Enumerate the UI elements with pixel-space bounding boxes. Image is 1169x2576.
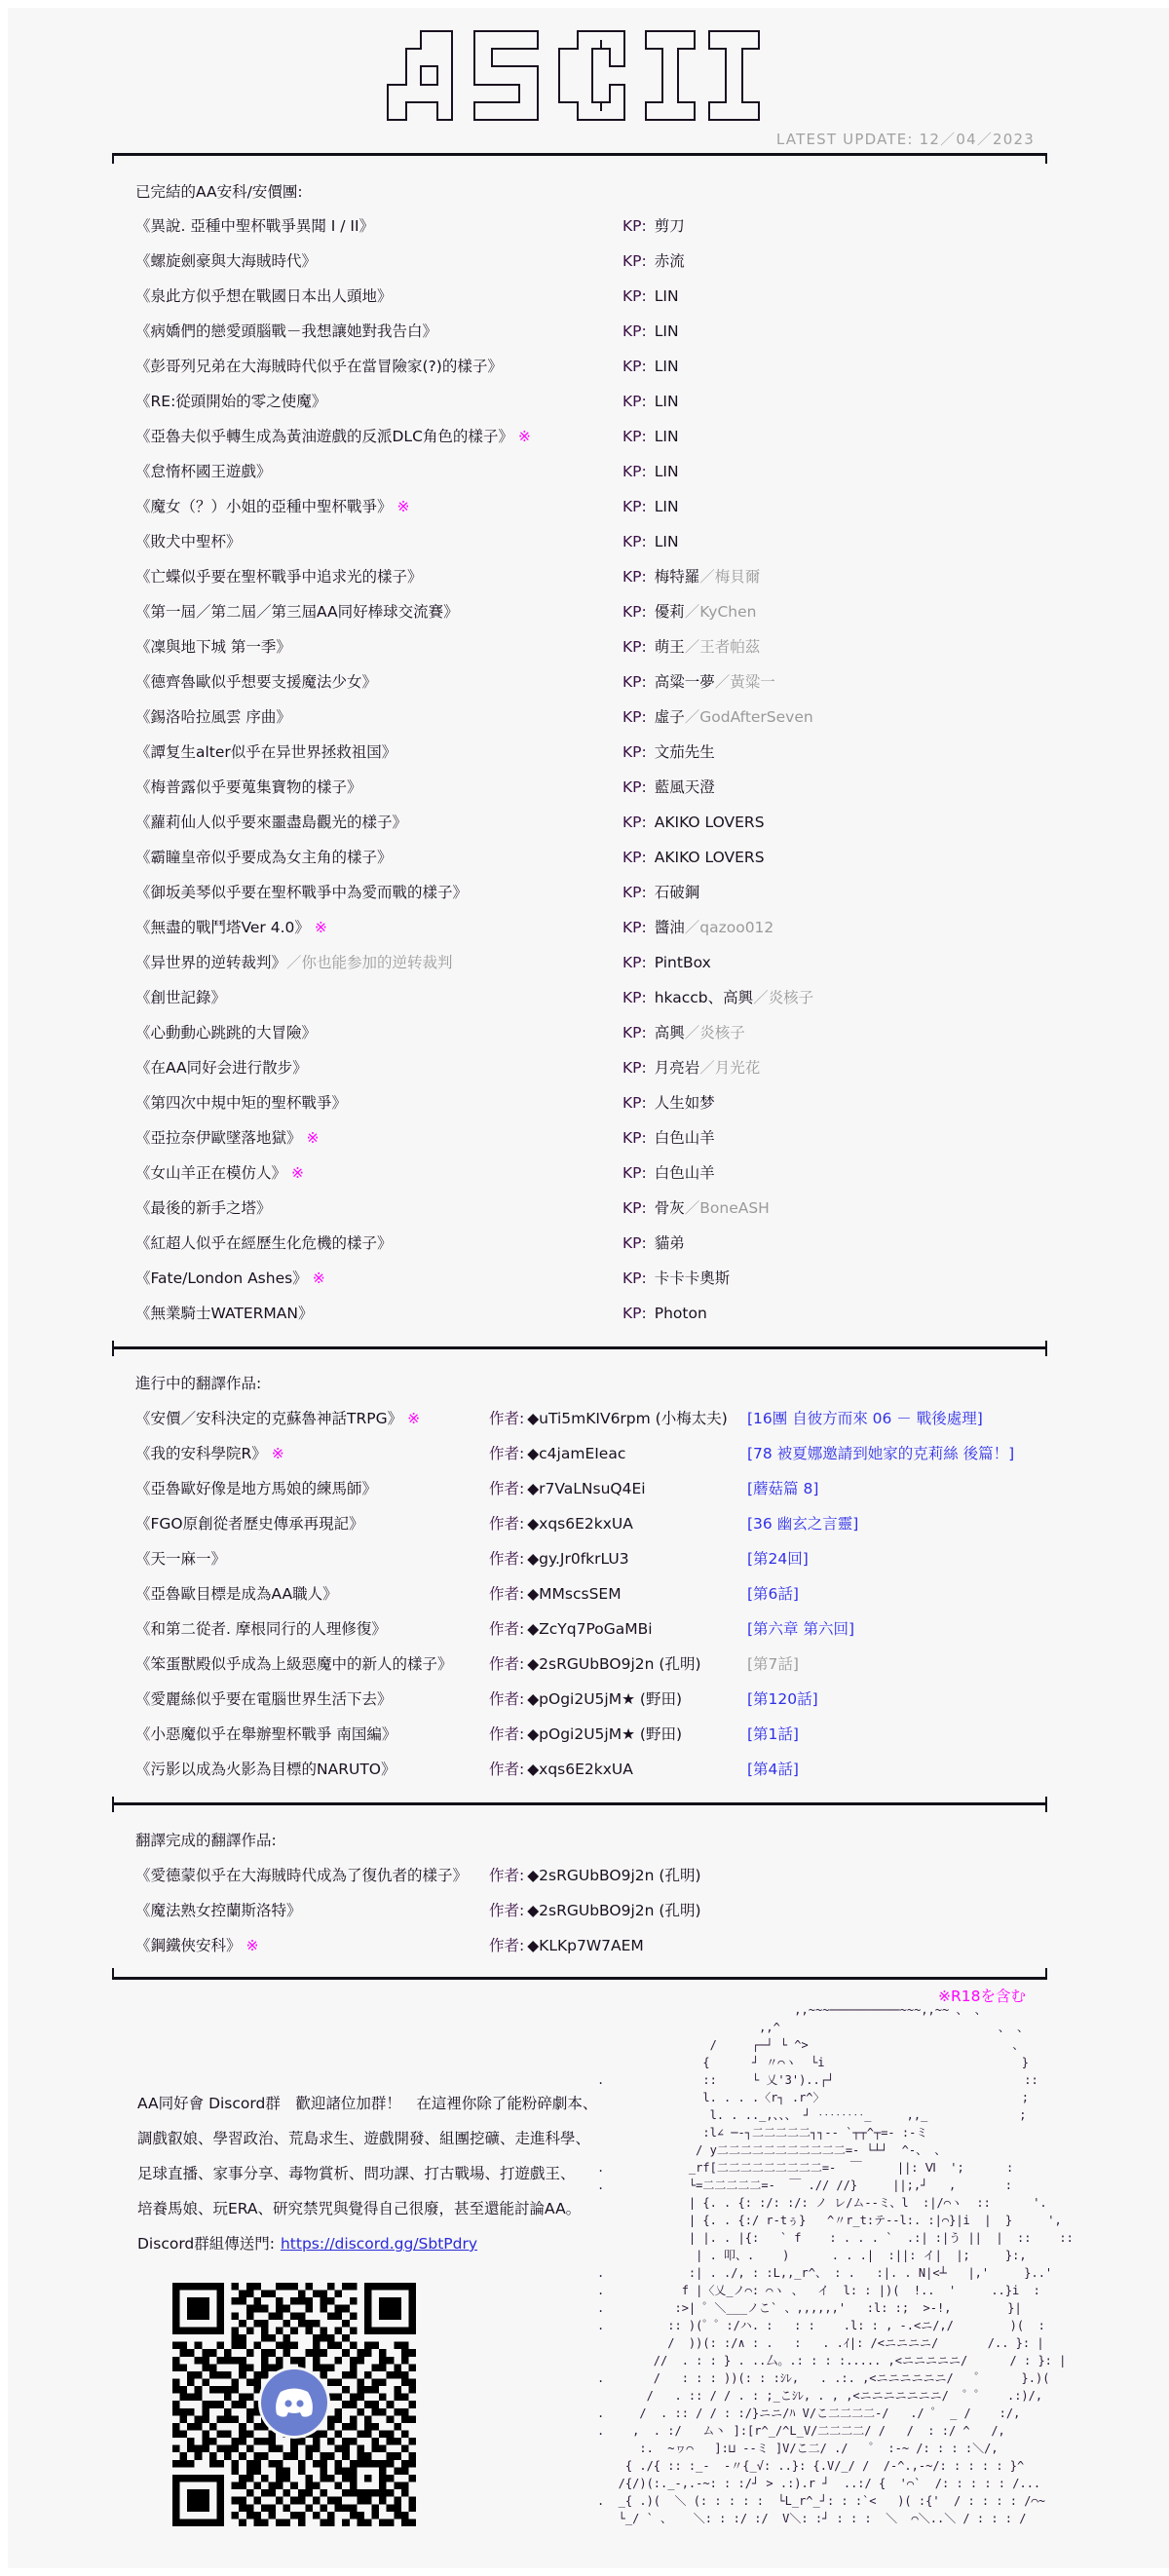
work-title-link[interactable]: 《無業騎士WATERMAN》 <box>135 1305 313 1322</box>
kp-name: AKIKO LOVERS <box>655 814 765 831</box>
kp-alt-name: ／炎核子 <box>753 989 813 1006</box>
kp-credit: KP:LIN <box>622 419 679 454</box>
completed-work-row: 《魔女（？）小姐的亞種中聖杯戰爭》※KP:LIN <box>0 489 1169 524</box>
kp-credit: KP:藍風天澄 <box>622 770 715 805</box>
completed-work-row: 《創世記錄》KP:hkaccb、高興／炎核子 <box>0 980 1169 1015</box>
kp-name: LIN <box>655 533 679 550</box>
kp-credit: KP:卡卡卡奧斯 <box>622 1261 730 1296</box>
kp-credit: KP:白色山羊 <box>622 1120 715 1155</box>
kp-name: 文茄先生 <box>655 743 715 761</box>
author-trip: ◆2sRGUbBO9j2n (孔明) <box>527 1902 700 1919</box>
divider-tick <box>112 1968 114 1980</box>
r18-mark-icon: ※ <box>246 1937 259 1954</box>
kp-alt-name: ／黃粱一 <box>715 673 775 691</box>
kp-label: KP: <box>622 428 647 445</box>
kp-label: KP: <box>622 1024 647 1042</box>
in-progress-work-row: 《天一麻一》作者:◆gy.Jr0fkrLU3[第24回] <box>0 1541 1169 1576</box>
ascii-art-illustration: ,,~~~──────────~~~,,~~ 、 、 ,,^ 、 、 / ┌─┘… <box>597 2001 1074 2527</box>
kp-alt-name: ／KyChen <box>685 603 757 621</box>
translated-work-row: 《魔法熟女控蘭斯洛特》作者:◆2sRGUbBO9j2n (孔明) <box>0 1893 1169 1928</box>
work-title-link[interactable]: 《亡蝶似乎要在聖杯戰爭中追求光的樣子》 <box>135 568 423 586</box>
work-title-link[interactable]: 《在AA同好会进行散步》 <box>135 1059 308 1077</box>
section-divider-bottom <box>112 1977 1047 1980</box>
work-title-link[interactable]: 《異說. 亞種中聖杯戰爭異聞 I / II》 <box>135 217 374 235</box>
in-progress-work-row: 《和第二從者. 摩根同行的人理修復》作者:◆ZcYq7PoGaMBi[第六章 第… <box>0 1611 1169 1647</box>
divider-tick <box>112 1797 114 1812</box>
completed-work-row: 《彭哥列兄弟在大海賊時代似乎在當冒險家(?)的樣子》KP:LIN <box>0 349 1169 384</box>
kp-alt-name: ／GodAfterSeven <box>685 708 813 726</box>
kp-credit: KP:優莉／KyChen <box>622 594 756 629</box>
kp-label: KP: <box>622 989 647 1006</box>
r18-mark-icon: ※ <box>291 1164 304 1182</box>
work-title-link[interactable]: 《德齊魯歐似乎想要支援魔法少女》 <box>135 673 377 691</box>
latest-chapter-link[interactable]: [第1話] <box>747 1717 799 1752</box>
kp-name: 虛子 <box>655 708 685 726</box>
in-progress-work-row: 《安價／安科決定的克蘇魯神話TRPG》※作者:◆uTi5mKIV6rpm (小梅… <box>0 1401 1169 1436</box>
author-credit: 作者:◆2sRGUbBO9j2n (孔明) <box>489 1893 701 1928</box>
page: ASCII LATEST UPDATE: 12／04／2023 已完結的AA安科… <box>0 0 1169 2576</box>
work-title-link[interactable]: 《譚复生alter似乎在异世界拯救祖国》 <box>135 743 396 761</box>
author-label: 作者: <box>489 1867 524 1884</box>
work-title-link[interactable]: 《鋼鐵俠安科》 <box>135 1937 242 1954</box>
discord-promo-line: 培養馬娘、玩ERA、研究禁咒與覺得自己很廢，甚至還能討論AA。 <box>137 2191 581 2226</box>
work-title-link[interactable]: 《病嬌們的戀愛頭腦戰－我想讓她對我告白》 <box>135 322 437 340</box>
author-trip: ◆2sRGUbBO9j2n (孔明) <box>527 1867 700 1884</box>
discord-invite-label: Discord群組傳送門: <box>137 2235 275 2253</box>
kp-label: KP: <box>622 919 647 936</box>
completed-work-row: 《御坂美琴似乎要在聖杯戰爭中為愛而戰的樣子》KP:石破鋼 <box>0 875 1169 910</box>
kp-credit: KP:骨灰／BoneASH <box>622 1191 770 1226</box>
completed-work-row: 《泉此方似乎想在戰國日本出人頭地》KP:LIN <box>0 279 1169 314</box>
author-trip: ◆gy.Jr0fkrLU3 <box>527 1550 628 1568</box>
discord-invite: Discord群組傳送門:https://discord.gg/SbtPdry <box>137 2226 477 2261</box>
work-title-link[interactable]: 《梅普露似乎要蒐集寶物的樣子》 <box>135 778 362 796</box>
author-credit: 作者:◆2sRGUbBO9j2n (孔明) <box>489 1647 701 1682</box>
section-divider-top <box>112 153 1047 156</box>
work-title-link[interactable]: 《小惡魔似乎在舉辦聖杯戰爭 南国編》 <box>135 1725 396 1743</box>
work-title-link[interactable]: 《彭哥列兄弟在大海賊時代似乎在當冒險家(?)的樣子》 <box>135 358 503 375</box>
kp-name: LIN <box>655 498 679 515</box>
completed-work-row: 《Fate/London Ashes》※KP:卡卡卡奧斯 <box>0 1261 1169 1296</box>
in-progress-work-row: 《FGO原創從者歷史傳承再現記》作者:◆xqs6E2kxUA[36 幽玄之言靈] <box>0 1506 1169 1541</box>
translated-work-row: 《鋼鐵俠安科》※作者:◆KLKp7W7AEM <box>0 1928 1169 1963</box>
in-progress-work-row: 《污影以成為火影為目標的NARUTO》作者:◆xqs6E2kxUA[第4話] <box>0 1752 1169 1787</box>
kp-label: KP: <box>622 1164 647 1182</box>
kp-credit: KP:石破鋼 <box>622 875 699 910</box>
kp-alt-name: ／qazoo012 <box>685 919 774 936</box>
completed-work-row: 《异世界的逆转裁判》／你也能参加的逆转裁判KP:PintBox <box>0 945 1169 980</box>
author-credit: 作者:◆uTi5mKIV6rpm (小梅太夫) <box>489 1401 728 1436</box>
author-trip: ◆2sRGUbBO9j2n (孔明) <box>527 1655 700 1673</box>
kp-alt-name: ／梅貝爾 <box>699 568 760 586</box>
work-title-link[interactable]: 《女山羊正在模仿人》 <box>135 1164 286 1182</box>
in-progress-heading-row: 進行中的翻譯作品: <box>0 1366 1169 1401</box>
author-trip: ◆pOgi2U5jM★ (野田) <box>527 1690 682 1708</box>
work-title-link[interactable]: 《污影以成為火影為目標的NARUTO》 <box>135 1761 396 1778</box>
kp-label: KP: <box>622 743 647 761</box>
author-label: 作者: <box>489 1620 524 1638</box>
author-credit: 作者:◆c4jamEIeac <box>489 1436 625 1471</box>
kp-name: Photon <box>655 1305 707 1322</box>
kp-name: LIN <box>655 393 679 410</box>
kp-label: KP: <box>622 533 647 550</box>
completed-work-row: 《錫洛哈拉風雲 序曲》KP:虛子／GodAfterSeven <box>0 700 1169 735</box>
work-title-link[interactable]: 《御坂美琴似乎要在聖杯戰爭中為愛而戰的樣子》 <box>135 884 468 901</box>
translated-heading-row: 翻譯完成的翻譯作品: <box>0 1823 1169 1858</box>
author-label: 作者: <box>489 1410 524 1427</box>
work-title-link[interactable]: 《愛麗絲似乎要在電腦世界生活下去》 <box>135 1690 393 1708</box>
latest-chapter-link[interactable]: [第6話] <box>747 1576 799 1611</box>
r18-mark-icon: ※ <box>518 428 531 445</box>
discord-logo-icon <box>257 2366 331 2440</box>
kp-label: KP: <box>622 463 647 480</box>
kp-name: 石破鋼 <box>655 884 700 901</box>
kp-name: 剪刀 <box>655 217 685 235</box>
completed-work-row: 《譚复生alter似乎在异世界拯救祖国》KP:文茄先生 <box>0 735 1169 770</box>
work-title-link[interactable]: 《FGO原創從者歷史傳承再現記》 <box>135 1515 364 1533</box>
completed-work-row: 《亡蝶似乎要在聖杯戰爭中追求光的樣子》KP:梅特羅／梅貝爾 <box>0 559 1169 594</box>
author-trip: ◆xqs6E2kxUA <box>527 1515 633 1533</box>
completed-work-row: 《最後的新手之塔》KP:骨灰／BoneASH <box>0 1191 1169 1226</box>
work-title-link[interactable]: 《錫洛哈拉風雲 序曲》 <box>135 708 291 726</box>
kp-credit: KP:貓弟 <box>622 1226 685 1261</box>
kp-label: KP: <box>622 603 647 621</box>
kp-name: PintBox <box>655 954 711 971</box>
author-label: 作者: <box>489 1445 524 1462</box>
in-progress-work-row: 《我的安科學院R》※作者:◆c4jamEIeac[78 被夏娜邀請到她家的克莉絲… <box>0 1436 1169 1471</box>
kp-name: LIN <box>655 322 679 340</box>
completed-work-row: 《德齊魯歐似乎想要支援魔法少女》KP:高粱一夢／黃粱一 <box>0 664 1169 700</box>
work-title-link[interactable]: 《心動動心跳跳的大冒險》 <box>135 1024 317 1042</box>
discord-promo-line: 調戲叡娘、學習政治、荒島求生、遊戲開發、組團挖礦、走進科學、 <box>137 2121 590 2156</box>
work-title-link[interactable]: 《無盡的戰鬥塔Ver 4.0》 <box>135 919 310 936</box>
discord-promo-line: 足球直播、家事分享、毒物賞析、問功課、打古戰場、打遊戲王、 <box>137 2156 576 2191</box>
work-title-link[interactable]: 《安價／安科決定的克蘇魯神話TRPG》 <box>135 1410 402 1427</box>
kp-label: KP: <box>622 252 647 270</box>
completed-work-row: 《病嬌們的戀愛頭腦戰－我想讓她對我告白》KP:LIN <box>0 314 1169 349</box>
work-title-link[interactable]: 《我的安科學院R》 <box>135 1445 267 1462</box>
work-title-link[interactable]: 《RE:從頭開始的零之使魔》 <box>135 393 326 410</box>
kp-credit: KP:AKIKO LOVERS <box>622 805 765 840</box>
work-title-link[interactable]: 《Fate/London Ashes》 <box>135 1269 308 1287</box>
author-label: 作者: <box>489 1902 524 1919</box>
latest-update: LATEST UPDATE: 12／04／2023 <box>776 128 1035 151</box>
work-title-link[interactable]: 《創世記錄》 <box>135 989 226 1006</box>
kp-label: KP: <box>622 1094 647 1112</box>
work-title-link[interactable]: 《最後的新手之塔》 <box>135 1199 272 1217</box>
author-trip: ◆r7VaLNsuQ4Ei <box>527 1480 645 1497</box>
work-title-link[interactable]: 《笨蛋獸殿似乎成為上級惡魔中的新人的樣子》 <box>135 1655 453 1673</box>
author-credit: 作者:◆pOgi2U5jM★ (野田) <box>489 1682 682 1717</box>
kp-credit: KP:LIN <box>622 489 679 524</box>
completed-work-row: 《凜與地下城 第一季》KP:萌王／王者帕茲 <box>0 629 1169 664</box>
kp-credit: KP:AKIKO LOVERS <box>622 840 765 875</box>
discord-promo-line: AA同好會 Discord群 歡迎諸位加群！ 在這裡你除了能粉碎劇本、 <box>137 2086 597 2121</box>
work-title-link[interactable]: 《亞魯夫似乎轉生成為黃油遊戲的反派DLC角色的樣子》 <box>135 428 513 445</box>
work-title-link[interactable]: 《泉此方似乎想在戰國日本出人頭地》 <box>135 287 393 305</box>
section-heading-translated: 翻譯完成的翻譯作品: <box>135 1823 277 1858</box>
kp-credit: KP:虛子／GodAfterSeven <box>622 700 813 735</box>
kp-name: LIN <box>655 428 679 445</box>
work-title-link[interactable]: 《怠惰杯國王遊戲》 <box>135 463 272 480</box>
author-label: 作者: <box>489 1761 524 1778</box>
kp-credit: KP:PintBox <box>622 945 711 980</box>
author-label: 作者: <box>489 1585 524 1603</box>
author-credit: 作者:◆MMscsSEM <box>489 1576 622 1611</box>
author-credit: 作者:◆xqs6E2kxUA <box>489 1506 633 1541</box>
kp-label: KP: <box>622 568 647 586</box>
completed-work-row: 《無業騎士WATERMAN》KP:Photon <box>0 1296 1169 1331</box>
work-title-link[interactable]: 《霸瞳皇帝似乎要成為女主角的樣子》 <box>135 849 393 866</box>
work-title-link[interactable]: 《和第二從者. 摩根同行的人理修復》 <box>135 1620 387 1638</box>
author-label: 作者: <box>489 1515 524 1533</box>
kp-label: KP: <box>622 849 647 866</box>
section-divider <box>112 1802 1047 1805</box>
section-divider <box>112 1346 1047 1349</box>
kp-credit: KP:醬油／qazoo012 <box>622 910 773 945</box>
kp-label: KP: <box>622 393 647 410</box>
author-label: 作者: <box>489 1655 524 1673</box>
in-progress-work-row: 《愛麗絲似乎要在電腦世界生活下去》作者:◆pOgi2U5jM★ (野田)[第12… <box>0 1682 1169 1717</box>
completed-work-row: 《梅普露似乎要蒐集寶物的樣子》KP:藍風天澄 <box>0 770 1169 805</box>
completed-work-row: 《紅超人似乎在經歷生化危機的樣子》KP:貓弟 <box>0 1226 1169 1261</box>
kp-label: KP: <box>622 673 647 691</box>
kp-name: 優莉 <box>655 603 685 621</box>
completed-work-row: 《螺旋劍豪與大海賊時代》KP:赤流 <box>0 244 1169 279</box>
kp-label: KP: <box>622 1199 647 1217</box>
in-progress-work-row: 《小惡魔似乎在舉辦聖杯戰爭 南国編》作者:◆pOgi2U5jM★ (野田)[第1… <box>0 1717 1169 1752</box>
kp-label: KP: <box>622 1305 647 1322</box>
work-title-link[interactable]: 《异世界的逆转裁判》 <box>135 954 286 971</box>
completed-work-row: 《女山羊正在模仿人》※KP:白色山羊 <box>0 1155 1169 1191</box>
kp-credit: KP:月亮岩／月光花 <box>622 1050 760 1085</box>
kp-name: 藍風天澄 <box>655 778 715 796</box>
work-title-link[interactable]: 《第一屆／第二屆／第三屆AA同好棒球交流賽》 <box>135 603 459 621</box>
divider-tick <box>1045 1341 1047 1356</box>
completed-work-row: 《異說. 亞種中聖杯戰爭異聞 I / II》KP:剪刀 <box>0 208 1169 244</box>
latest-chapter-link[interactable]: [78 被夏娜邀請到她家的克莉絲 後篇！] <box>747 1436 1014 1471</box>
work-title-link[interactable]: 《愛德蒙似乎在大海賊時代成為了復仇者的樣子》 <box>135 1867 468 1884</box>
kp-label: KP: <box>622 217 647 235</box>
author-credit: 作者:◆KLKp7W7AEM <box>489 1928 644 1963</box>
kp-label: KP: <box>622 1129 647 1147</box>
divider-tick <box>112 153 114 164</box>
kp-label: KP: <box>622 954 647 971</box>
divider-tick <box>1045 153 1047 164</box>
kp-name: 月亮岩 <box>655 1059 700 1077</box>
kp-name: 白色山羊 <box>655 1164 715 1182</box>
completed-work-row: 《亞拉奈伊歐墜落地獄》※KP:白色山羊 <box>0 1120 1169 1155</box>
author-credit: 作者:◆r7VaLNsuQ4Ei <box>489 1471 646 1506</box>
r18-mark-icon: ※ <box>307 1129 320 1147</box>
kp-credit: KP:LIN <box>622 349 679 384</box>
divider-tick <box>1045 1797 1047 1812</box>
in-progress-work-row: 《亞魯歐好像是地方馬娘的練馬師》作者:◆r7VaLNsuQ4Ei[蘑菇篇 8] <box>0 1471 1169 1506</box>
latest-chapter-link[interactable]: [16團 自彼方而來 06 － 戰後處理] <box>747 1401 983 1436</box>
kp-name: 萌王 <box>655 638 685 656</box>
author-label: 作者: <box>489 1937 524 1954</box>
work-title-link[interactable]: 《敗犬中聖杯》 <box>135 533 242 550</box>
completed-work-row: 《第一屆／第二屆／第三屆AA同好棒球交流賽》KP:優莉／KyChen <box>0 594 1169 629</box>
r18-mark-icon: ※ <box>313 1269 325 1287</box>
author-credit: 作者:◆2sRGUbBO9j2n (孔明) <box>489 1858 701 1893</box>
kp-credit: KP:LIN <box>622 279 679 314</box>
divider-tick <box>1045 1968 1047 1980</box>
kp-alt-name: ／王者帕茲 <box>685 638 761 656</box>
author-label: 作者: <box>489 1550 524 1568</box>
kp-name: 人生如梦 <box>655 1094 715 1112</box>
r18-mark-icon: ※ <box>407 1410 420 1427</box>
completed-work-row: 《第四次中規中矩的聖杯戰爭》KP:人生如梦 <box>0 1085 1169 1120</box>
kp-name: 卡卡卡奧斯 <box>655 1269 731 1287</box>
kp-label: KP: <box>622 778 647 796</box>
completed-work-row: 《亞魯夫似乎轉生成為黃油遊戲的反派DLC角色的樣子》※KP:LIN <box>0 419 1169 454</box>
kp-credit: KP:剪刀 <box>622 208 685 244</box>
author-trip: ◆ZcYq7PoGaMBi <box>527 1620 652 1638</box>
latest-chapter-link[interactable]: [第4話] <box>747 1752 799 1787</box>
kp-label: KP: <box>622 638 647 656</box>
latest-chapter-link[interactable]: [第24回] <box>747 1541 809 1576</box>
work-title-link[interactable]: 《凜與地下城 第一季》 <box>135 638 291 656</box>
discord-invite-link[interactable]: https://discord.gg/SbtPdry <box>281 2235 477 2253</box>
author-credit: 作者:◆gy.Jr0fkrLU3 <box>489 1541 629 1576</box>
kp-credit: KP:赤流 <box>622 244 685 279</box>
translated-work-row: 《愛德蒙似乎在大海賊時代成為了復仇者的樣子》作者:◆2sRGUbBO9j2n (… <box>0 1858 1169 1893</box>
kp-label: KP: <box>622 814 647 831</box>
kp-name: hkaccb、高興 <box>655 989 753 1006</box>
section-heading-in-progress: 進行中的翻譯作品: <box>135 1366 261 1401</box>
kp-credit: KP:LIN <box>622 314 679 349</box>
latest-chapter-link[interactable]: [第120話] <box>747 1682 818 1717</box>
latest-chapter-link[interactable]: [36 幽玄之言靈] <box>747 1506 858 1541</box>
kp-credit: KP:Photon <box>622 1296 707 1331</box>
kp-credit: KP:白色山羊 <box>622 1155 715 1191</box>
kp-label: KP: <box>622 1059 647 1077</box>
work-title-link[interactable]: 《亞魯歐好像是地方馬娘的練馬師》 <box>135 1480 377 1497</box>
kp-alt-name: ／月光花 <box>699 1059 760 1077</box>
author-trip: ◆pOgi2U5jM★ (野田) <box>527 1725 682 1743</box>
author-credit: 作者:◆pOgi2U5jM★ (野田) <box>489 1717 682 1752</box>
author-trip: ◆c4jamEIeac <box>527 1445 625 1462</box>
latest-chapter-link[interactable]: [第六章 第六回] <box>747 1611 854 1647</box>
work-title-link[interactable]: 《紅超人似乎在經歷生化危機的樣子》 <box>135 1234 393 1252</box>
completed-work-row: 《霸瞳皇帝似乎要成為女主角的樣子》KP:AKIKO LOVERS <box>0 840 1169 875</box>
kp-credit: KP:文茄先生 <box>622 735 715 770</box>
kp-label: KP: <box>622 1269 647 1287</box>
author-credit: 作者:◆xqs6E2kxUA <box>489 1752 633 1787</box>
kp-name: 赤流 <box>655 252 685 270</box>
completed-work-row: 《敗犬中聖杯》KP:LIN <box>0 524 1169 559</box>
work-title-link[interactable]: 《亞魯歐目標是成為AA職人》 <box>135 1585 338 1603</box>
completed-work-row: 《無盡的戰鬥塔Ver 4.0》※KP:醬油／qazoo012 <box>0 910 1169 945</box>
latest-chapter-link[interactable]: [蘑菇篇 8] <box>747 1471 818 1506</box>
kp-name: 高興 <box>655 1024 685 1042</box>
kp-label: KP: <box>622 708 647 726</box>
completed-work-row: 《心動動心跳跳的大冒險》KP:高興／炎核子 <box>0 1015 1169 1050</box>
kp-name: 白色山羊 <box>655 1129 715 1147</box>
in-progress-work-row: 《笨蛋獸殿似乎成為上級惡魔中的新人的樣子》作者:◆2sRGUbBO9j2n (孔… <box>0 1647 1169 1682</box>
kp-alt-name: ／炎核子 <box>685 1024 745 1042</box>
kp-credit: KP:LIN <box>622 384 679 419</box>
completed-work-row: 《蘿莉仙人似乎要來噩盡島觀光的樣子》KP:AKIKO LOVERS <box>0 805 1169 840</box>
kp-label: KP: <box>622 322 647 340</box>
kp-label: KP: <box>622 287 647 305</box>
kp-name: AKIKO LOVERS <box>655 849 765 866</box>
kp-name: LIN <box>655 358 679 375</box>
kp-name: 貓弟 <box>655 1234 685 1252</box>
author-trip: ◆uTi5mKIV6rpm (小梅太夫) <box>527 1410 728 1427</box>
kp-name: LIN <box>655 463 679 480</box>
work-title-link[interactable]: 《第四次中規中矩的聖杯戰爭》 <box>135 1094 347 1112</box>
in-progress-work-row: 《亞魯歐目標是成為AA職人》作者:◆MMscsSEM[第6話] <box>0 1576 1169 1611</box>
kp-credit: KP:高粱一夢／黃粱一 <box>622 664 775 700</box>
completed-work-row: 《在AA同好会进行散步》KP:月亮岩／月光花 <box>0 1050 1169 1085</box>
r18-mark-icon: ※ <box>397 498 410 515</box>
kp-name: 梅特羅 <box>655 568 700 586</box>
work-title-link[interactable]: 《魔女（？）小姐的亞種中聖杯戰爭》 <box>135 498 393 515</box>
kp-label: KP: <box>622 358 647 375</box>
kp-label: KP: <box>622 498 647 515</box>
kp-name: 骨灰 <box>655 1199 685 1217</box>
work-subtitle: ／你也能参加的逆转裁判 <box>286 954 453 971</box>
completed-heading-row: 已完結的AA安科/安價團: <box>0 174 1169 209</box>
r18-mark-icon: ※ <box>315 919 327 936</box>
work-title-link[interactable]: 《螺旋劍豪與大海賊時代》 <box>135 252 317 270</box>
author-trip: ◆KLKp7W7AEM <box>527 1937 644 1954</box>
r18-mark-icon: ※ <box>272 1445 284 1462</box>
divider-tick <box>112 1341 114 1356</box>
section-heading-completed: 已完結的AA安科/安價團: <box>135 174 303 209</box>
kp-credit: KP:萌王／王者帕茲 <box>622 629 760 664</box>
work-title-link[interactable]: 《蘿莉仙人似乎要來噩盡島觀光的樣子》 <box>135 814 407 831</box>
kp-label: KP: <box>622 884 647 901</box>
work-title-link[interactable]: 《天一麻一》 <box>135 1550 226 1568</box>
author-label: 作者: <box>489 1480 524 1497</box>
kp-name: 醬油 <box>655 919 685 936</box>
author-label: 作者: <box>489 1725 524 1743</box>
kp-credit: KP:LIN <box>622 524 679 559</box>
ascii-title-logo <box>0 0 1169 127</box>
completed-work-row: 《RE:從頭開始的零之使魔》KP:LIN <box>0 384 1169 419</box>
work-title-link[interactable]: 《亞拉奈伊歐墜落地獄》 <box>135 1129 302 1147</box>
kp-credit: KP:梅特羅／梅貝爾 <box>622 559 760 594</box>
kp-credit: KP:hkaccb、高興／炎核子 <box>622 980 813 1015</box>
author-trip: ◆xqs6E2kxUA <box>527 1761 633 1778</box>
completed-work-row: 《怠惰杯國王遊戲》KP:LIN <box>0 454 1169 489</box>
kp-credit: KP:高興／炎核子 <box>622 1015 745 1050</box>
kp-credit: KP:LIN <box>622 454 679 489</box>
latest-chapter-link[interactable]: [第7話] <box>747 1647 799 1682</box>
kp-label: KP: <box>622 1234 647 1252</box>
author-trip: ◆MMscsSEM <box>527 1585 621 1603</box>
kp-name: LIN <box>655 287 679 305</box>
kp-name: 高粱一夢 <box>655 673 715 691</box>
author-label: 作者: <box>489 1690 524 1708</box>
kp-credit: KP:人生如梦 <box>622 1085 715 1120</box>
work-title-link[interactable]: 《魔法熟女控蘭斯洛特》 <box>135 1902 302 1919</box>
author-credit: 作者:◆ZcYq7PoGaMBi <box>489 1611 653 1647</box>
kp-alt-name: ／BoneASH <box>685 1199 770 1217</box>
